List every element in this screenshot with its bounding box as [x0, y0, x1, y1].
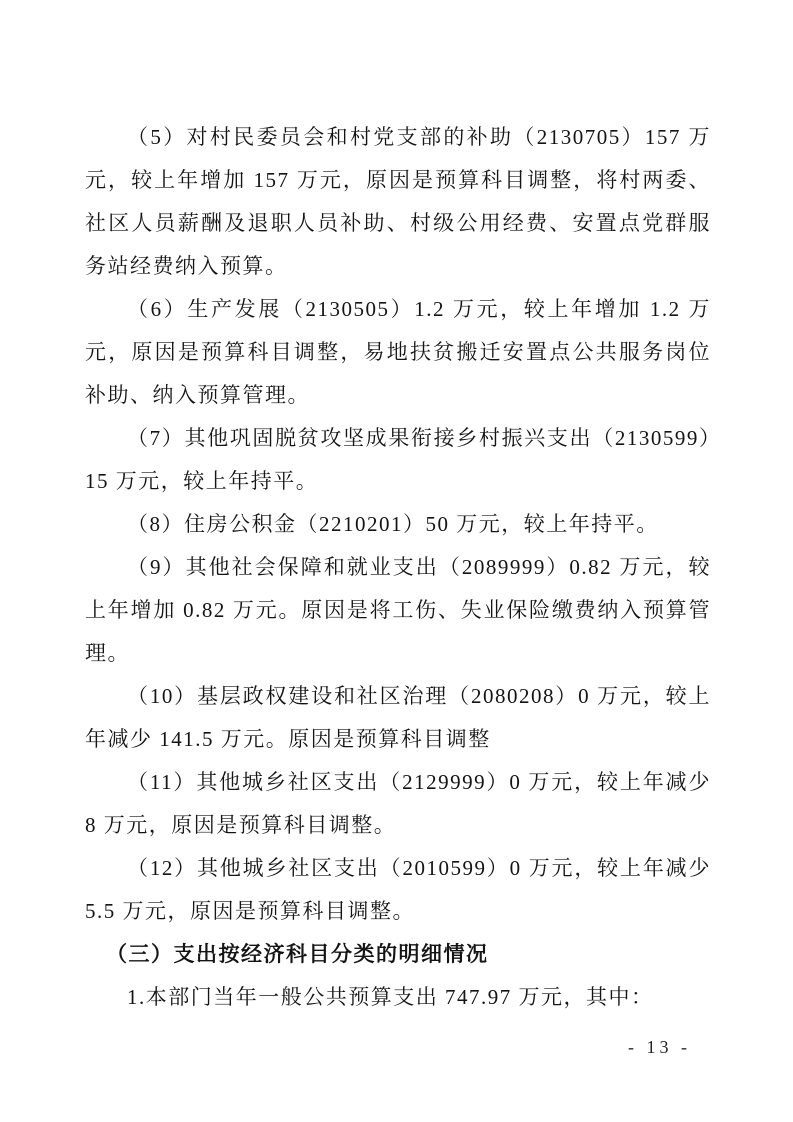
paragraph-12: （12）其他城乡社区支出（2010599）0 万元，较上年减少 5.5 万元，原… [85, 847, 711, 933]
page-number: - 13 - [628, 1037, 691, 1058]
paragraph-7: （7）其他巩固脱贫攻坚成果衔接乡村振兴支出（2130599）15 万元，较上年持… [85, 417, 711, 503]
document-body: （5）对村民委员会和村党支部的补助（2130705）157 万元，较上年增加 1… [85, 116, 711, 1019]
paragraph-9: （9）其他社会保障和就业支出（2089999）0.82 万元，较上年增加 0.8… [85, 546, 711, 675]
paragraph-11: （11）其他城乡社区支出（2129999）0 万元，较上年减少 8 万元，原因是… [85, 761, 711, 847]
list-item-1: 1.本部门当年一般公共预算支出 747.97 万元，其中： [85, 976, 711, 1019]
paragraph-10: （10）基层政权建设和社区治理（2080208）0 万元，较上年减少 141.5… [85, 675, 711, 761]
document-page: （5）对村民委员会和村党支部的补助（2130705）157 万元，较上年增加 1… [0, 0, 793, 1122]
paragraph-6: （6）生产发展（2130505）1.2 万元，较上年增加 1.2 万元，原因是预… [85, 288, 711, 417]
paragraph-5: （5）对村民委员会和村党支部的补助（2130705）157 万元，较上年增加 1… [85, 116, 711, 288]
paragraph-8: （8）住房公积金（2210201）50 万元，较上年持平。 [85, 503, 711, 546]
section-heading: （三）支出按经济科目分类的明细情况 [85, 933, 711, 976]
